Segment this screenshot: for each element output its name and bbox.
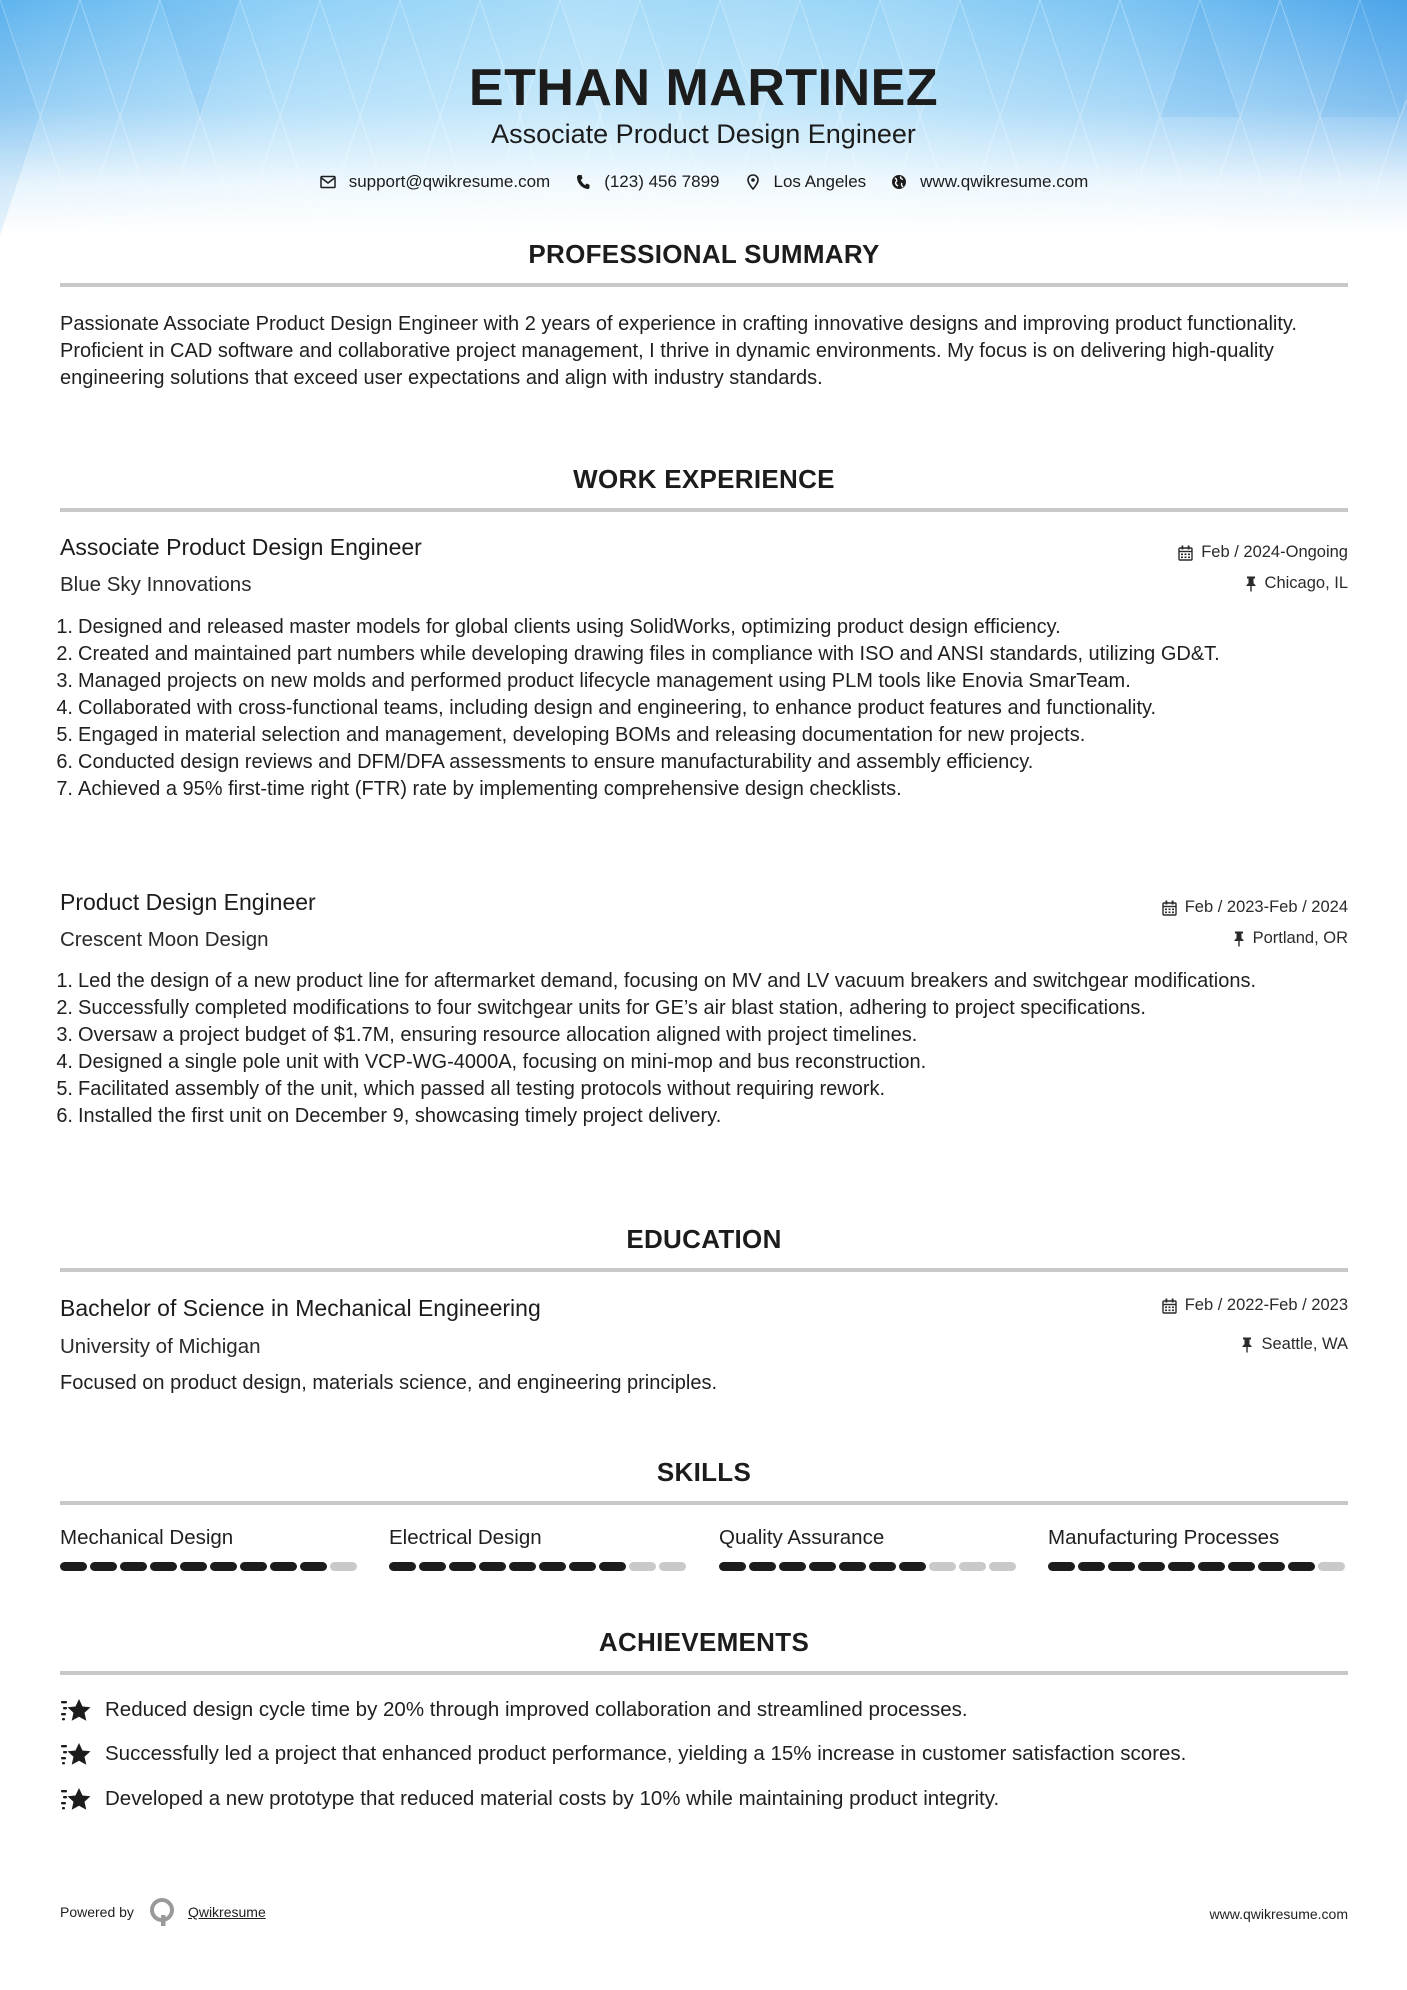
skill-rating-segment xyxy=(419,1562,446,1571)
job-title: Associate Product Design Engineer xyxy=(60,534,422,561)
education-dates-text: Feb / 2022-Feb / 2023 xyxy=(1185,1296,1348,1315)
bullet-text: Collaborated with cross-functional teams… xyxy=(78,697,1156,719)
qwikresume-link[interactable]: Qwikresume xyxy=(188,1904,266,1920)
skill-item: Manufacturing Processes xyxy=(1048,1526,1348,1571)
skill-name: Mechanical Design xyxy=(60,1526,360,1550)
skill-rating-segment xyxy=(210,1562,237,1571)
powered-by: Powered by Qwikresume xyxy=(60,1897,266,1927)
bullet-item: 1.Led the design of a new product line f… xyxy=(60,968,1350,995)
contact-email[interactable]: support@qwikresume.com xyxy=(319,172,551,192)
contact-website[interactable]: www.qwikresume.com xyxy=(890,172,1088,192)
education-dates: Feb / 2022-Feb / 2023 xyxy=(1162,1296,1348,1315)
skill-rating-segment xyxy=(1228,1562,1255,1571)
skill-rating-segment xyxy=(659,1562,686,1571)
skill-rating-segment xyxy=(719,1562,746,1571)
skill-rating-bar xyxy=(1048,1562,1348,1571)
bullet-number: 1. xyxy=(54,968,76,995)
summary-text: Passionate Associate Product Design Engi… xyxy=(60,311,1350,392)
skill-rating-bar xyxy=(389,1562,689,1571)
job-bullets: 1.Led the design of a new product line f… xyxy=(60,968,1350,1130)
skill-rating-segment xyxy=(959,1562,986,1571)
candidate-name: ETHAN MARTINEZ xyxy=(0,58,1407,118)
bullet-item: 5.Engaged in material selection and mana… xyxy=(60,722,1350,749)
bullet-item: 3.Oversaw a project budget of $1.7M, ens… xyxy=(60,1022,1350,1049)
bullet-text: Designed and released master models for … xyxy=(78,616,1061,638)
bullet-text: Engaged in material selection and manage… xyxy=(78,724,1085,746)
summary-divider xyxy=(60,283,1348,287)
job-dates-text: Feb / 2024-Ongoing xyxy=(1201,543,1348,562)
achievement-item: Reduced design cycle time by 20% through… xyxy=(60,1695,1360,1725)
experience-section-title: WORK EXPERIENCE xyxy=(60,464,1348,495)
skill-rating-segment xyxy=(1198,1562,1225,1571)
education-description: Focused on product design, materials sci… xyxy=(60,1370,1350,1397)
achievements-divider xyxy=(60,1671,1348,1675)
bullet-text: Conducted design reviews and DFM/DFA ass… xyxy=(78,751,1033,773)
skill-rating-segment xyxy=(539,1562,566,1571)
degree-title: Bachelor of Science in Mechanical Engine… xyxy=(60,1295,541,1322)
bullet-number: 3. xyxy=(54,1022,76,1049)
skill-rating-segment xyxy=(120,1562,147,1571)
skill-rating-segment xyxy=(989,1562,1016,1571)
bullet-text: Installed the first unit on December 9, … xyxy=(78,1105,721,1127)
achievements-section-title: ACHIEVEMENTS xyxy=(60,1627,1348,1658)
bullet-item: 2.Created and maintained part numbers wh… xyxy=(60,641,1350,668)
skill-rating-segment xyxy=(150,1562,177,1571)
bullet-item: 6.Installed the first unit on December 9… xyxy=(60,1103,1350,1130)
bullet-number: 1. xyxy=(54,614,76,641)
skill-rating-segment xyxy=(300,1562,327,1571)
skill-rating-segment xyxy=(270,1562,297,1571)
skill-rating-segment xyxy=(599,1562,626,1571)
bullet-text: Led the design of a new product line for… xyxy=(78,970,1256,992)
calendar-icon xyxy=(1178,545,1193,561)
skill-rating-segment xyxy=(569,1562,596,1571)
bullet-item: 3.Managed projects on new molds and perf… xyxy=(60,668,1350,695)
skill-rating-segment xyxy=(180,1562,207,1571)
job-title: Product Design Engineer xyxy=(60,889,316,916)
skill-name: Manufacturing Processes xyxy=(1048,1526,1348,1550)
skill-rating-segment xyxy=(899,1562,926,1571)
bullet-item: 4.Collaborated with cross-functional tea… xyxy=(60,695,1350,722)
bullet-text: Created and maintained part numbers whil… xyxy=(78,643,1220,665)
skill-rating-segment xyxy=(509,1562,536,1571)
website-text: www.qwikresume.com xyxy=(920,172,1088,192)
powered-by-label: Powered by xyxy=(60,1904,134,1920)
skill-rating-segment xyxy=(779,1562,806,1571)
pushpin-icon xyxy=(1241,1337,1253,1353)
skill-rating-segment xyxy=(1078,1562,1105,1571)
bullet-number: 2. xyxy=(54,641,76,668)
job-dates-text: Feb / 2023-Feb / 2024 xyxy=(1185,898,1348,917)
achievement-text: Reduced design cycle time by 20% through… xyxy=(105,1698,968,1722)
achievement-text: Developed a new prototype that reduced m… xyxy=(105,1787,999,1811)
skill-rating-segment xyxy=(929,1562,956,1571)
calendar-icon xyxy=(1162,900,1177,916)
contact-location: Los Angeles xyxy=(744,172,867,192)
bullet-text: Designed a single pole unit with VCP-WG-… xyxy=(78,1051,926,1073)
star-list-icon xyxy=(60,1695,94,1725)
bullet-item: 5.Facilitated assembly of the unit, whic… xyxy=(60,1076,1350,1103)
skill-rating-segment xyxy=(749,1562,776,1571)
bullet-number: 4. xyxy=(54,695,76,722)
achievement-item: Successfully led a project that enhanced… xyxy=(60,1739,1360,1769)
skill-rating-segment xyxy=(449,1562,476,1571)
bullet-number: 3. xyxy=(54,668,76,695)
pushpin-icon xyxy=(1233,931,1245,947)
skill-rating-bar xyxy=(60,1562,360,1571)
education-divider xyxy=(60,1268,1348,1272)
skill-item: Quality Assurance xyxy=(719,1526,1019,1571)
job-location: Portland, OR xyxy=(1233,929,1348,948)
skill-rating-segment xyxy=(330,1562,357,1571)
skill-name: Electrical Design xyxy=(389,1526,689,1550)
skill-rating-segment xyxy=(1258,1562,1285,1571)
phone-text: (123) 456 7899 xyxy=(604,172,719,192)
pushpin-icon xyxy=(1245,576,1257,592)
skill-rating-segment xyxy=(1138,1562,1165,1571)
education-section-title: EDUCATION xyxy=(60,1224,1348,1255)
skill-rating-bar xyxy=(719,1562,1019,1571)
skill-rating-segment xyxy=(240,1562,267,1571)
star-list-icon xyxy=(60,1739,94,1769)
calendar-icon xyxy=(1162,1298,1177,1314)
experience-divider xyxy=(60,508,1348,512)
qwikresume-logo-icon xyxy=(148,1897,178,1927)
phone-icon xyxy=(574,173,592,191)
skill-item: Mechanical Design xyxy=(60,1526,360,1571)
bullet-number: 2. xyxy=(54,995,76,1022)
footer-website[interactable]: www.qwikresume.com xyxy=(1210,1906,1348,1922)
star-list-icon xyxy=(60,1784,94,1814)
education-location: Seattle, WA xyxy=(1241,1335,1348,1354)
skill-rating-segment xyxy=(60,1562,87,1571)
bullet-item: 2.Successfully completed modifications t… xyxy=(60,995,1350,1022)
job-dates: Feb / 2024-Ongoing xyxy=(1178,543,1348,562)
map-marker-icon xyxy=(744,173,762,191)
bullet-number: 5. xyxy=(54,722,76,749)
email-text: support@qwikresume.com xyxy=(349,172,551,192)
bullet-number: 5. xyxy=(54,1076,76,1103)
envelope-icon xyxy=(319,173,337,191)
education-location-text: Seattle, WA xyxy=(1261,1335,1348,1354)
skills-section-title: SKILLS xyxy=(60,1457,1348,1488)
contact-phone[interactable]: (123) 456 7899 xyxy=(574,172,719,192)
skill-rating-segment xyxy=(1048,1562,1075,1571)
achievement-text: Successfully led a project that enhanced… xyxy=(105,1742,1186,1766)
bullet-text: Oversaw a project budget of $1.7M, ensur… xyxy=(78,1024,917,1046)
job-location-text: Portland, OR xyxy=(1253,929,1348,948)
job-location-text: Chicago, IL xyxy=(1265,574,1348,593)
skill-rating-segment xyxy=(809,1562,836,1571)
achievement-item: Developed a new prototype that reduced m… xyxy=(60,1784,1360,1814)
bullet-item: 6.Conducted design reviews and DFM/DFA a… xyxy=(60,749,1350,776)
bullet-text: Managed projects on new molds and perfor… xyxy=(78,670,1131,692)
bullet-item: 4.Designed a single pole unit with VCP-W… xyxy=(60,1049,1350,1076)
job-dates: Feb / 2023-Feb / 2024 xyxy=(1162,898,1348,917)
globe-icon xyxy=(890,173,908,191)
bullet-item: 7.Achieved a 95% first-time right (FTR) … xyxy=(60,776,1350,803)
bullet-number: 4. xyxy=(54,1049,76,1076)
skills-divider xyxy=(60,1501,1348,1505)
school-name: University of Michigan xyxy=(60,1335,261,1359)
summary-section-title: PROFESSIONAL SUMMARY xyxy=(60,239,1348,270)
company-name: Blue Sky Innovations xyxy=(60,573,251,597)
contact-bar: support@qwikresume.com (123) 456 7899 Lo… xyxy=(0,172,1407,192)
job-bullets: 1.Designed and released master models fo… xyxy=(60,614,1350,803)
skill-rating-segment xyxy=(629,1562,656,1571)
bullet-text: Achieved a 95% first-time right (FTR) ra… xyxy=(78,778,902,800)
skill-rating-segment xyxy=(869,1562,896,1571)
bullet-item: 1.Designed and released master models fo… xyxy=(60,614,1350,641)
skill-rating-segment xyxy=(90,1562,117,1571)
skill-rating-segment xyxy=(1168,1562,1195,1571)
skill-name: Quality Assurance xyxy=(719,1526,1019,1550)
candidate-role: Associate Product Design Engineer xyxy=(0,119,1407,150)
resume-header: ETHAN MARTINEZ Associate Product Design … xyxy=(0,0,1407,235)
skill-rating-segment xyxy=(479,1562,506,1571)
skill-item: Electrical Design xyxy=(389,1526,689,1571)
skill-rating-segment xyxy=(1108,1562,1135,1571)
bullet-text: Successfully completed modifications to … xyxy=(78,997,1146,1019)
bullet-number: 6. xyxy=(54,1103,76,1130)
skill-rating-segment xyxy=(839,1562,866,1571)
bullet-number: 6. xyxy=(54,749,76,776)
skill-rating-segment xyxy=(1288,1562,1315,1571)
skill-rating-segment xyxy=(1318,1562,1345,1571)
skill-rating-segment xyxy=(389,1562,416,1571)
company-name: Crescent Moon Design xyxy=(60,928,269,952)
job-location: Chicago, IL xyxy=(1245,574,1348,593)
location-text: Los Angeles xyxy=(774,172,867,192)
bullet-number: 7. xyxy=(54,776,76,803)
bullet-text: Facilitated assembly of the unit, which … xyxy=(78,1078,885,1100)
